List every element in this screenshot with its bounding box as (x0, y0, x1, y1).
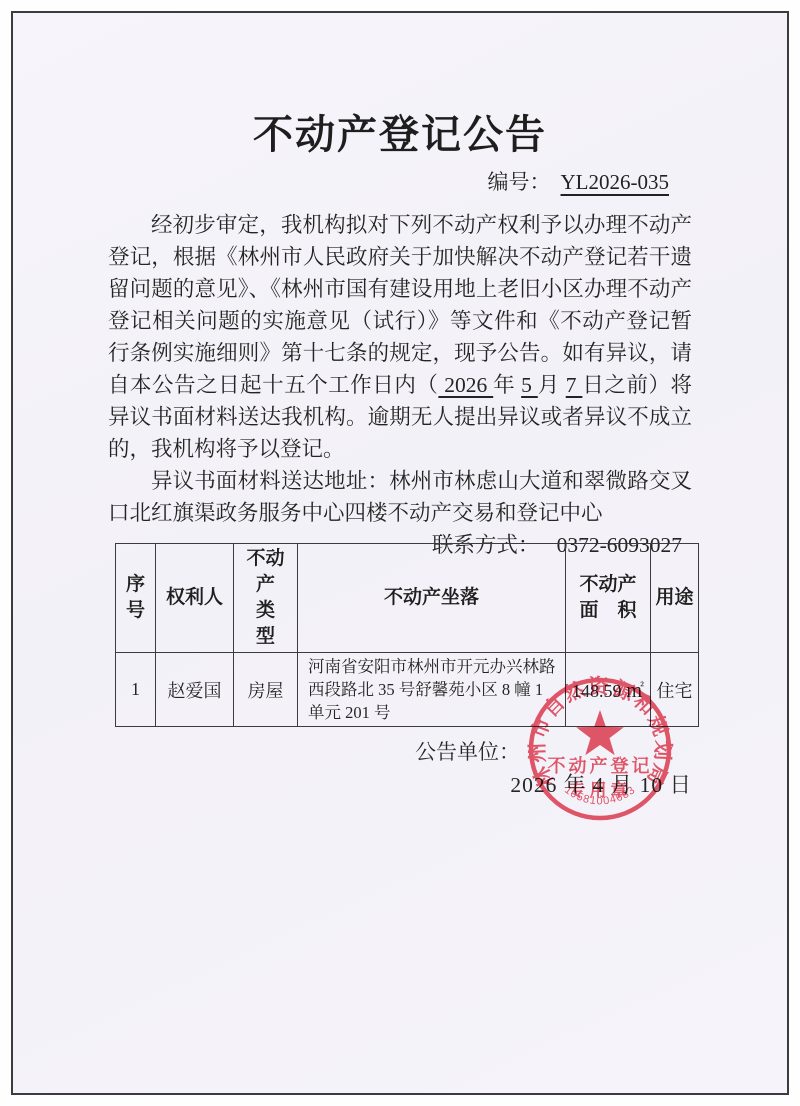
table-cell: 住宅 (651, 653, 699, 727)
text-segment: 异议书面材料送达地址：林州市林虑山大道和翠微路交叉口北红旗渠政务服务中心四楼不动… (108, 469, 692, 525)
table-header-cell: 用途 (651, 544, 699, 653)
paper-sheet: 不动产登记公告 编号：YL2026-035 经初步审定，我机构拟对下列不动产权利… (11, 11, 789, 1095)
document-number-label: 编号： (488, 170, 551, 194)
underlined-text: 5 (521, 373, 538, 397)
document-title: 不动产登记公告 (13, 103, 787, 160)
registration-table: 序号权利人不动产 类 型不动产坐落不动产 面 积用途1赵爱国房屋河南省安阳市林州… (115, 543, 699, 727)
table-header-cell: 不动产 面 积 (566, 544, 651, 653)
document-number-value: YL2026-035 (551, 170, 684, 194)
table-cell: 河南省安阳市林州市开元办兴林路西段路北 35 号舒馨苑小区 8 幢 1 单元 2… (298, 653, 566, 727)
table-header-cell: 序号 (116, 544, 156, 653)
table-header-cell: 不动产 类 型 (234, 544, 298, 653)
table-cell: 房屋 (234, 653, 298, 727)
text-segment: 月 (538, 373, 566, 397)
table-header-cell: 权利人 (156, 544, 234, 653)
table-cell: 1 (116, 653, 156, 727)
document-number: 编号：YL2026-035 (488, 166, 684, 196)
table-row: 1赵爱国房屋河南省安阳市林州市开元办兴林路西段路北 35 号舒馨苑小区 8 幢 … (116, 653, 699, 727)
body-paragraph: 异议书面材料送达地址：林州市林虑山大道和翠微路交叉口北红旗渠政务服务中心四楼不动… (108, 465, 692, 529)
text-segment: 经初步审定，我机构拟对下列不动产权利予以办理不动产登记，根据《林州市人民政府关于… (108, 213, 692, 397)
announcement-date: 2026 年 4 月 10 日 (510, 768, 692, 799)
table-header-cell: 不动产坐落 (298, 544, 566, 653)
page: 不动产登记公告 编号：YL2026-035 经初步审定，我机构拟对下列不动产权利… (0, 0, 800, 1106)
announcing-unit-label: 公告单位： (415, 736, 520, 766)
text-segment: 年 (493, 373, 521, 397)
table-cell: 148.59 ㎡ (566, 653, 651, 727)
body-paragraph: 经初步审定，我机构拟对下列不动产权利予以办理不动产登记，根据《林州市人民政府关于… (108, 209, 692, 465)
table-cell: 赵爱国 (156, 653, 234, 727)
underlined-text: 7 (566, 373, 583, 397)
table-header-row: 序号权利人不动产 类 型不动产坐落不动产 面 积用途 (116, 544, 699, 653)
body-text: 经初步审定，我机构拟对下列不动产权利予以办理不动产登记，根据《林州市人民政府关于… (108, 209, 692, 561)
underlined-text: 2026 (438, 373, 493, 397)
